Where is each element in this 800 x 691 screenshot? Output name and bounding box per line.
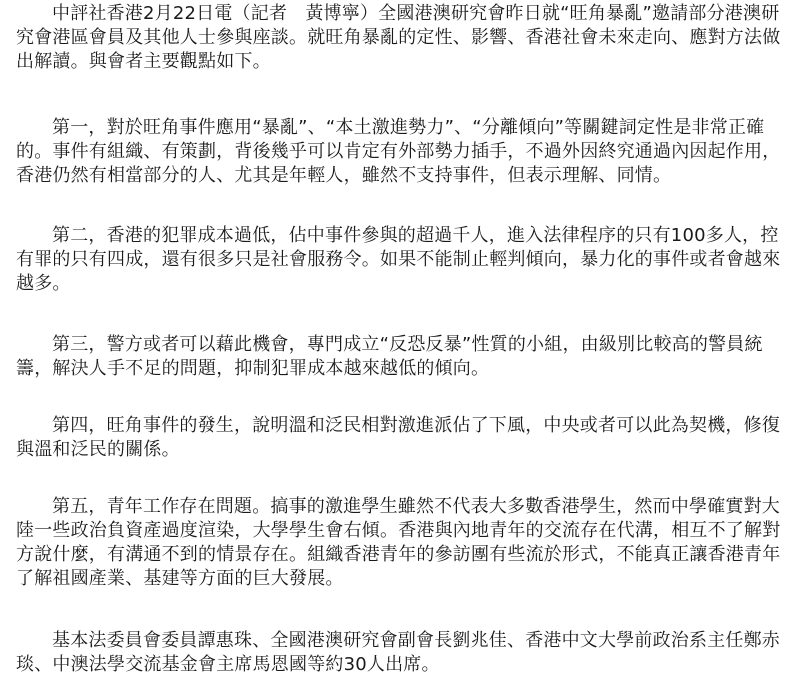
news-article: 中評社香港2月22日電（記者 黃博寧）全國港澳研究會昨日就“旺角暴亂”邀請部分港… [0,0,800,691]
text-line: 籌，解決人手不足的問題，抑制犯罪成本越來越低的傾向。 [16,357,786,381]
paragraph-point-3: 第三，警方或者可以藉此機會，專門成立“反恐反暴”性質的小組，由級別比較高的警員統… [16,333,786,381]
text-line: 第四，旺角事件的發生，說明溫和泛民相對激進派佔了下風，中央或者可以此為契機，修復 [16,414,786,438]
text-line: 中評社香港2月22日電（記者 黃博寧）全國港澳研究會昨日就“旺角暴亂”邀請部分港… [16,2,786,26]
text-line: 基本法委員會委員譚惠珠、全國港澳研究會副會長劉兆佳、香港中文大學前政治系主任鄭赤 [16,629,786,653]
text-line: 的。事件有組織、有策劃，背後幾乎可以肯定有外部勢力插手，不過外因終究通過內因起作… [16,140,786,164]
text-line: 了解祖國產業、基建等方面的巨大發展。 [16,567,786,591]
text-line: 第五，青年工作存在問題。搞事的激進學生雖然不代表大多數香港學生，然而中學確實對大 [16,495,786,519]
text-line: 陸一些政治負資產過度渲染，大學學生會右傾。香港與內地青年的交流存在代溝，相互不了… [16,519,786,543]
text-line: 越多。 [16,272,786,296]
paragraph-point-4: 第四，旺角事件的發生，說明溫和泛民相對激進派佔了下風，中央或者可以此為契機，修復… [16,414,786,462]
text-line: 究會港區會員及其他人士參與座談。就旺角暴亂的定性、影響、香港社會未來走向、應對方… [16,26,786,50]
text-line: 第二，香港的犯罪成本過低，佔中事件參與的超過千人，進入法律程序的只有100多人，… [16,224,786,248]
paragraph-intro: 中評社香港2月22日電（記者 黃博寧）全國港澳研究會昨日就“旺角暴亂”邀請部分港… [16,2,786,74]
text-line: 琰、中澳法學交流基金會主席馬恩國等約30人出席。 [16,653,786,677]
paragraph-point-2: 第二，香港的犯罪成本過低，佔中事件參與的超過千人，進入法律程序的只有100多人，… [16,224,786,296]
text-line: 有罪的只有四成，還有很多只是社會服務令。如果不能制止輕判傾向，暴力化的事件或者會… [16,248,786,272]
text-line: 第一，對於旺角事件應用“暴亂”、“本土激進勢力”、“分離傾向”等關鍵詞定性是非常… [16,116,786,140]
paragraph-point-5: 第五，青年工作存在問題。搞事的激進學生雖然不代表大多數香港學生，然而中學確實對大… [16,495,786,591]
text-line: 香港仍然有相當部分的人、尤其是年輕人，雖然不支持事件，但表示理解、同情。 [16,164,786,188]
text-line: 與溫和泛民的關係。 [16,438,786,462]
text-line: 出解讀。與會者主要觀點如下。 [16,50,786,74]
paragraph-point-1: 第一，對於旺角事件應用“暴亂”、“本土激進勢力”、“分離傾向”等關鍵詞定性是非常… [16,116,786,188]
paragraph-attendees: 基本法委員會委員譚惠珠、全國港澳研究會副會長劉兆佳、香港中文大學前政治系主任鄭赤… [16,629,786,677]
text-line: 方說什麼，有溝通不到的情景存在。組織香港青年的參訪團有些流於形式，不能真正讓香港… [16,543,786,567]
text-line: 第三，警方或者可以藉此機會，專門成立“反恐反暴”性質的小組，由級別比較高的警員統 [16,333,786,357]
